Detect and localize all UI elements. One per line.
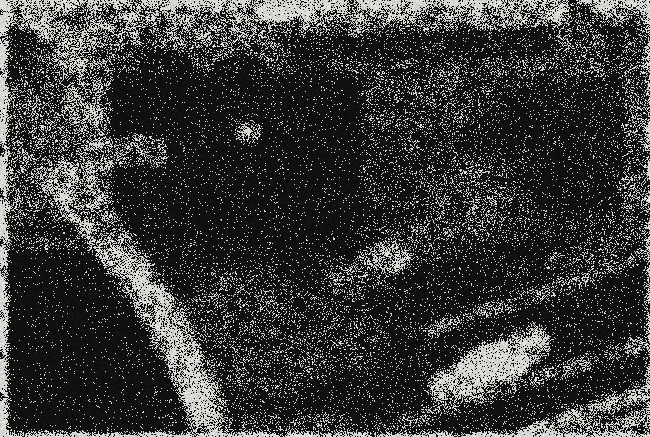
halftone-photo — [0, 0, 650, 437]
photo-canvas — [0, 0, 650, 437]
